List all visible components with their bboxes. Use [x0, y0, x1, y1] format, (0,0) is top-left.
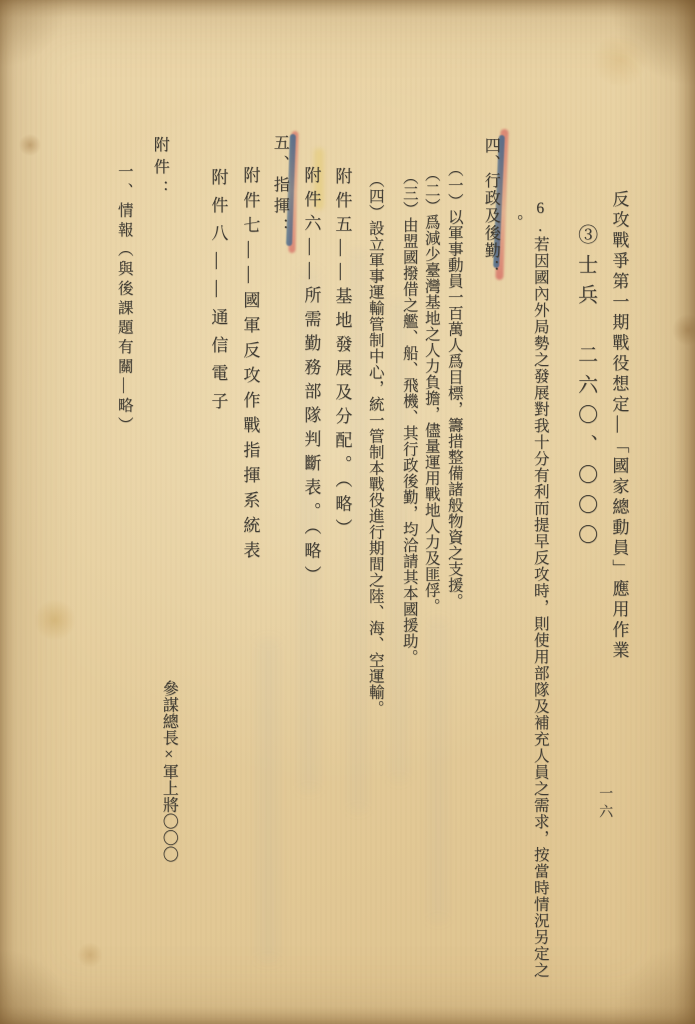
paragraph-6-number: 6.	[532, 200, 549, 236]
scanned-document-page: 反攻戰爭第一期戰役想定—「國家總動員」應用作業 ③士兵 二六〇、〇〇〇 6.若因…	[0, 0, 695, 1024]
ink-showthrough-streak	[350, 250, 366, 810]
admin-item-3: （三）由盟國撥借之艦、船、飛機、其行政後勤，均洽請其本國援助。	[400, 169, 417, 665]
admin-item-1: （一）以軍事動員一百萬人爲目標，籌措整備諸般物資之支援。	[445, 161, 462, 609]
header-title: 反攻戰爭第一期戰役想定—「國家總動員」應用作業	[609, 190, 627, 662]
signature-line: 參謀總長×軍上將〇〇〇	[160, 680, 177, 863]
attachment-8-line: 附件八——通信電子	[208, 168, 226, 420]
paragraph-6-text: 若因國內外局勢之發展對我十分有利而提早反攻時，則使用部隊及補充人員之需求，按當時…	[532, 236, 549, 979]
paragraph-6-end-period: 。	[505, 214, 522, 230]
attachment-7-line: 附件七——國軍反攻作戰指揮系統表	[240, 166, 258, 566]
admin-item-4: （四）設立軍事運輸管制中心，統一管制本戰役進行期間之陸、海、空運輸。	[366, 172, 383, 716]
soldier-count-line: ③士兵 二六〇、〇〇〇	[574, 224, 596, 554]
attachment-6-line: 附件六——所需勤務部隊判斷表。（略）	[301, 166, 319, 590]
attachments-label: 附件：	[151, 136, 168, 202]
info-item-line: 一、情報（與後課題有關—略）	[115, 163, 132, 436]
ink-showthrough-streak	[430, 620, 446, 920]
section-5-heading: 五、指揮：	[271, 134, 288, 239]
paragraph-6: 6.若因國內外局勢之發展對我十分有利而提早反攻時，則使用部隊及補充人員之需求，按…	[531, 200, 548, 979]
ink-showthrough-streak	[258, 640, 278, 960]
section-4-heading: 四、行政及後勤：	[482, 137, 499, 277]
attachment-5-line: 附件五——基地發展及分配。（略）	[332, 167, 350, 543]
page-number: 一六	[597, 786, 612, 822]
admin-item-2: （二）爲減少臺灣基地之人力負擔，儘量運用戰地人力及匪俘。	[422, 166, 439, 614]
